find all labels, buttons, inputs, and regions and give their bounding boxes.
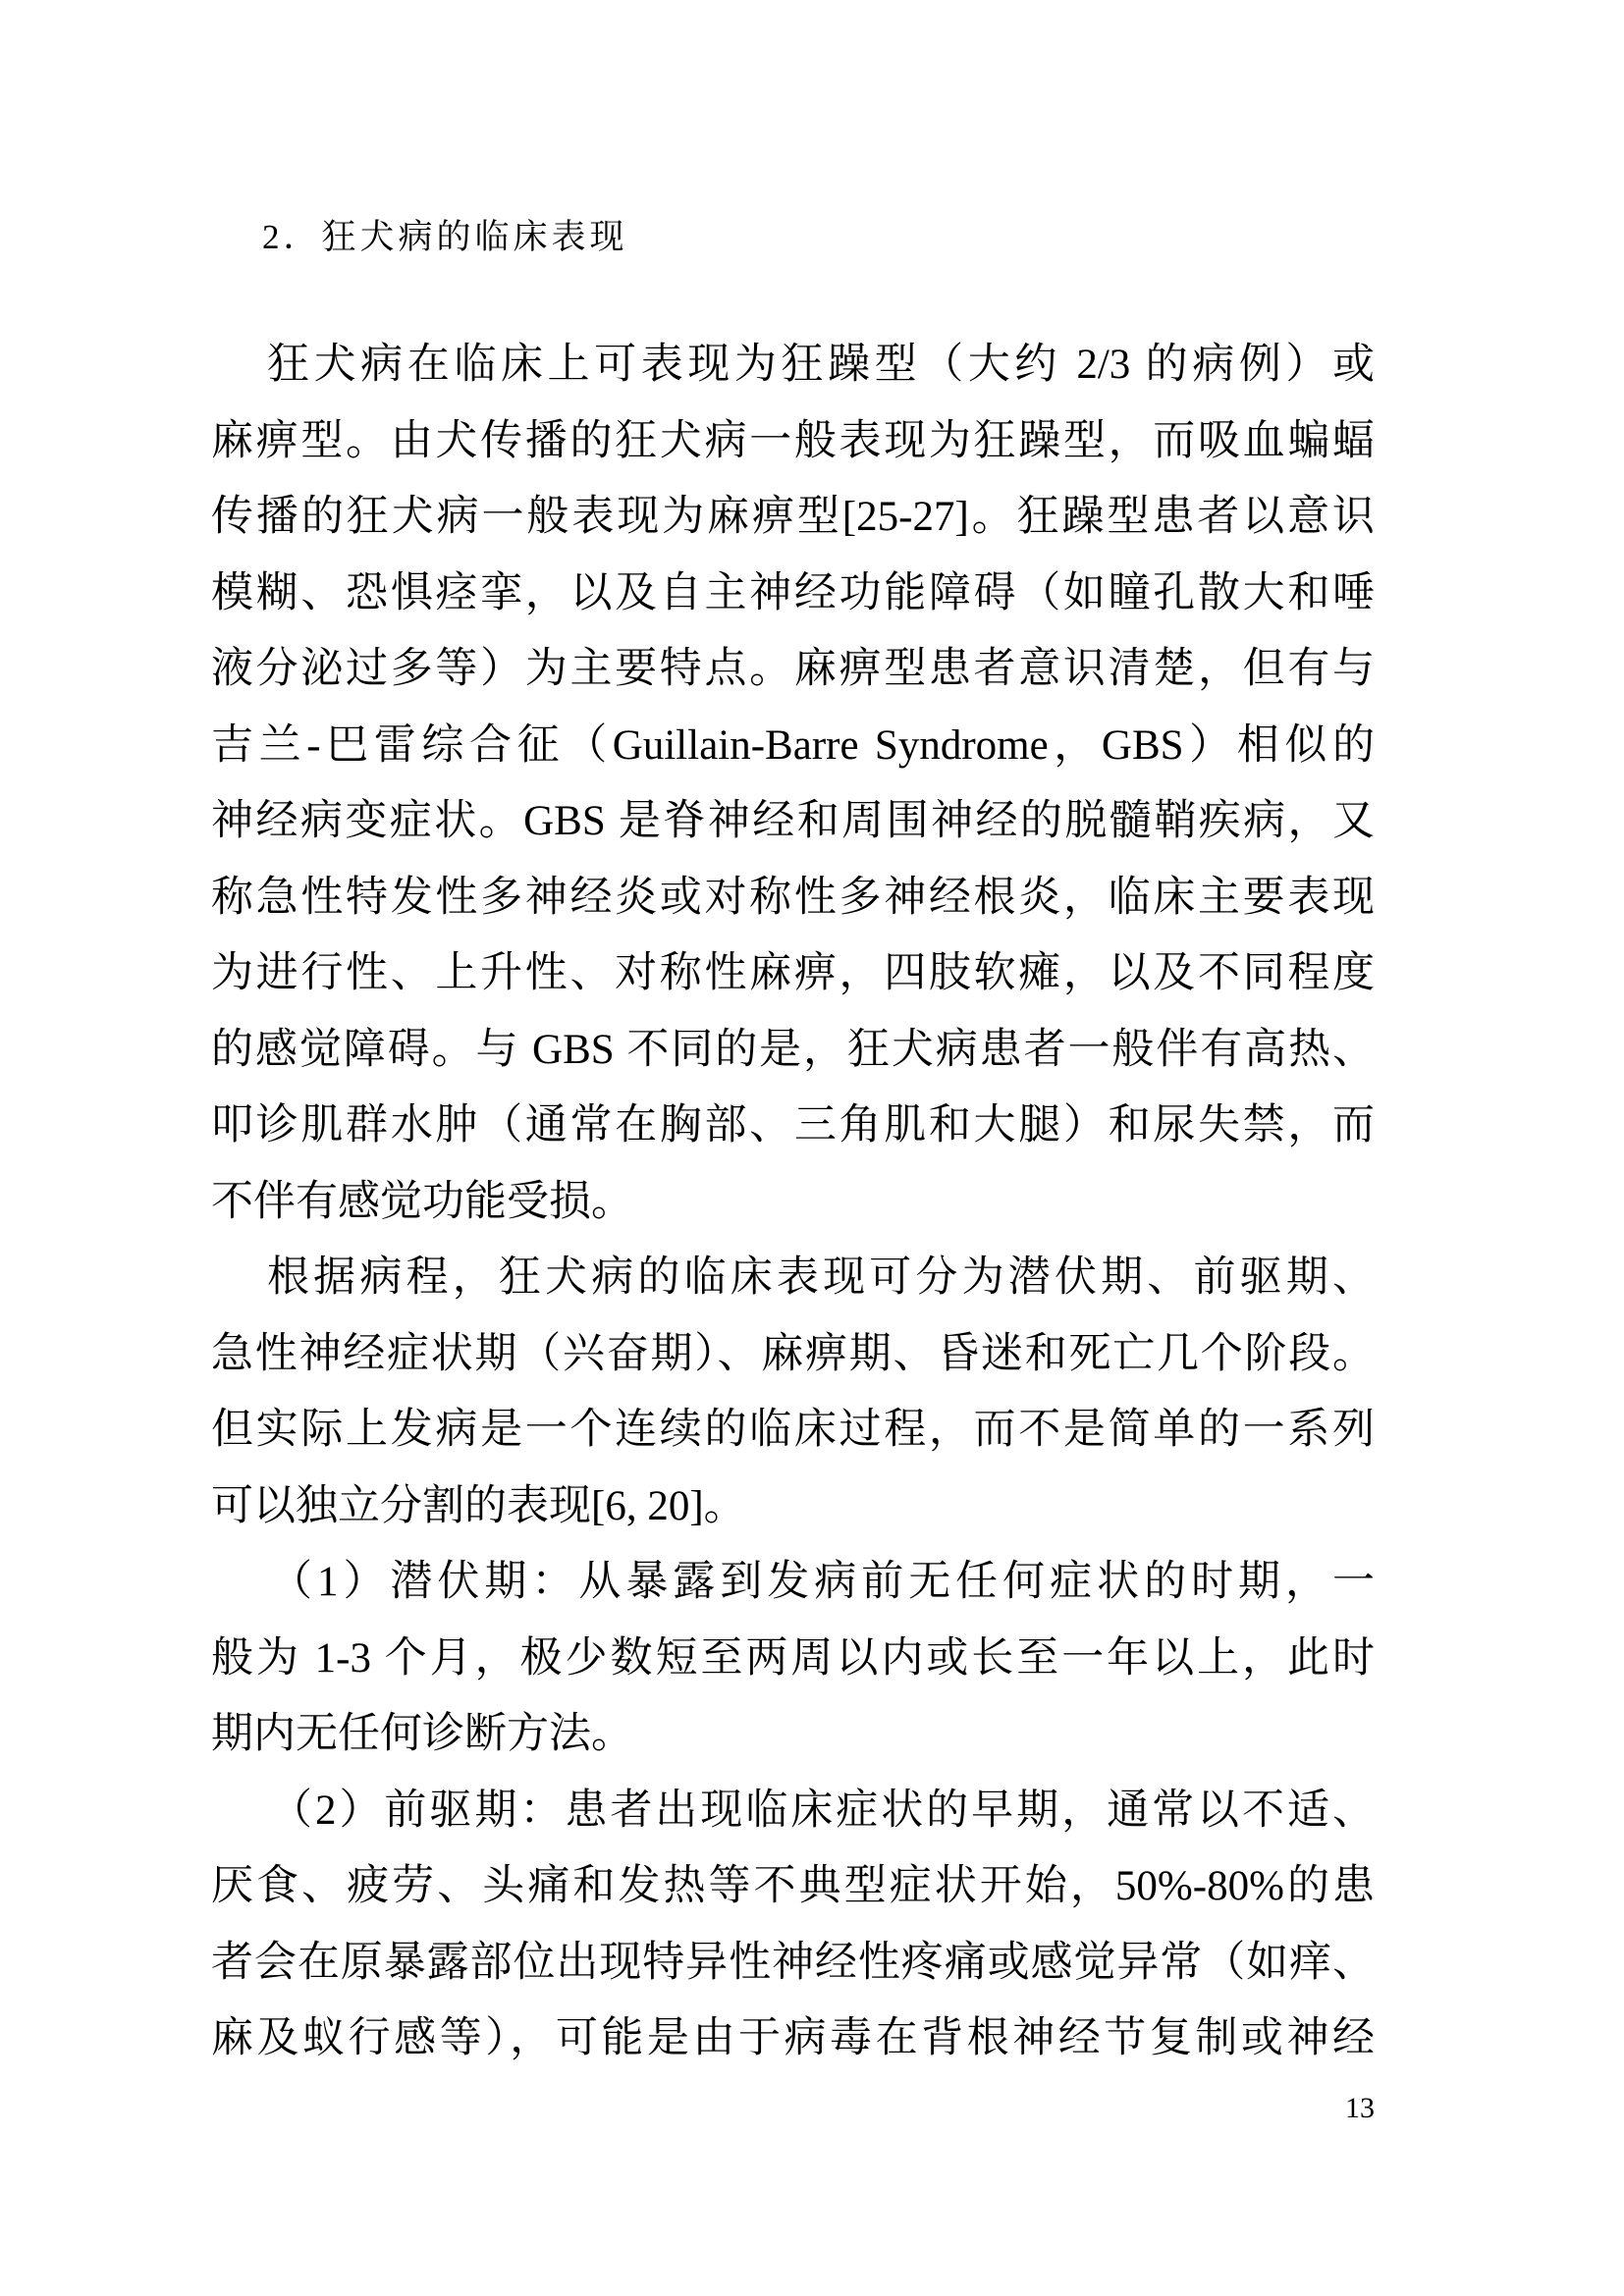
text-line: 为进行性、上升性、对称性麻痹，四肢软瘫，以及不同程度 (211, 935, 1375, 1012)
text-line: 叩诊肌群水肿（通常在胸部、三角肌和大腿）和尿失禁，而 (211, 1088, 1375, 1164)
text-line: 急性神经症状期（兴奋期）、麻痹期、昏迷和死亡几个阶段。 (211, 1316, 1375, 1393)
document-body: 狂犬病在临床上可表现为狂躁型（大约 2/3 的病例）或麻痹型。由犬传播的狂犬病一… (211, 327, 1375, 2077)
paragraph: （1）潜伏期：从暴露到发病前无任何症状的时期，一般为 1-3 个月，极少数短至两… (211, 1544, 1375, 1773)
document-page: 2．狂犬病的临床表现 狂犬病在临床上可表现为狂躁型（大约 2/3 的病例）或麻痹… (0, 0, 1624, 2296)
page-number: 13 (211, 2089, 1375, 2128)
text-line: 模糊、恐惧痉挛，以及自主神经功能障碍（如瞳孔散大和唾 (211, 556, 1375, 632)
text-line: 称急性特发性多神经炎或对称性多神经根炎，临床主要表现 (211, 860, 1375, 936)
paragraph: 根据病程，狂犬病的临床表现可分为潜伏期、前驱期、急性神经症状期（兴奋期）、麻痹期… (211, 1240, 1375, 1544)
text-line: 的感觉障碍。与 GBS 不同的是，狂犬病患者一般伴有高热、 (211, 1012, 1375, 1089)
text-line: 麻痹型。由犬传播的狂犬病一般表现为狂躁型，而吸血蝙蝠 (211, 403, 1375, 480)
text-line: 狂犬病在临床上可表现为狂躁型（大约 2/3 的病例）或 (211, 327, 1375, 403)
text-line: （1）潜伏期：从暴露到发病前无任何症状的时期，一 (211, 1544, 1375, 1621)
paragraph: 狂犬病在临床上可表现为狂躁型（大约 2/3 的病例）或麻痹型。由犬传播的狂犬病一… (211, 327, 1375, 1240)
paragraph: （2）前驱期：患者出现临床症状的早期，通常以不适、厌食、疲劳、头痛和发热等不典型… (211, 1773, 1375, 2077)
text-line: 根据病程，狂犬病的临床表现可分为潜伏期、前驱期、 (211, 1240, 1375, 1316)
text-line: 吉兰-巴雷综合征（Guillain-Barre Syndrome，GBS）相似的 (211, 708, 1375, 784)
section-heading: 2．狂犬病的临床表现 (211, 214, 1375, 261)
text-line: 但实际上发病是一个连续的临床过程，而不是简单的一系列 (211, 1392, 1375, 1468)
text-line: （2）前驱期：患者出现临床症状的早期，通常以不适、 (211, 1773, 1375, 1849)
text-line: 可以独立分割的表现[6, 20]。 (211, 1468, 1375, 1545)
text-line: 液分泌过多等）为主要特点。麻痹型患者意识清楚，但有与 (211, 631, 1375, 708)
text-line: 麻及蚁行感等），可能是由于病毒在背根神经节复制或神经 (211, 2001, 1375, 2077)
text-line: 厌食、疲劳、头痛和发热等不典型症状开始，50%-80%的患 (211, 1848, 1375, 1925)
text-line: 般为 1-3 个月，极少数短至两周以内或长至一年以上，此时 (211, 1621, 1375, 1697)
text-line: 神经病变症状。GBS 是脊神经和周围神经的脱髓鞘疾病，又 (211, 783, 1375, 860)
text-line: 者会在原暴露部位出现特异性神经性疼痛或感觉异常（如痒、 (211, 1925, 1375, 2002)
text-line: 期内无任何诊断方法。 (211, 1696, 1375, 1773)
text-line: 传播的狂犬病一般表现为麻痹型[25-27]。狂躁型患者以意识 (211, 479, 1375, 556)
text-line: 不伴有感觉功能受损。 (211, 1164, 1375, 1241)
